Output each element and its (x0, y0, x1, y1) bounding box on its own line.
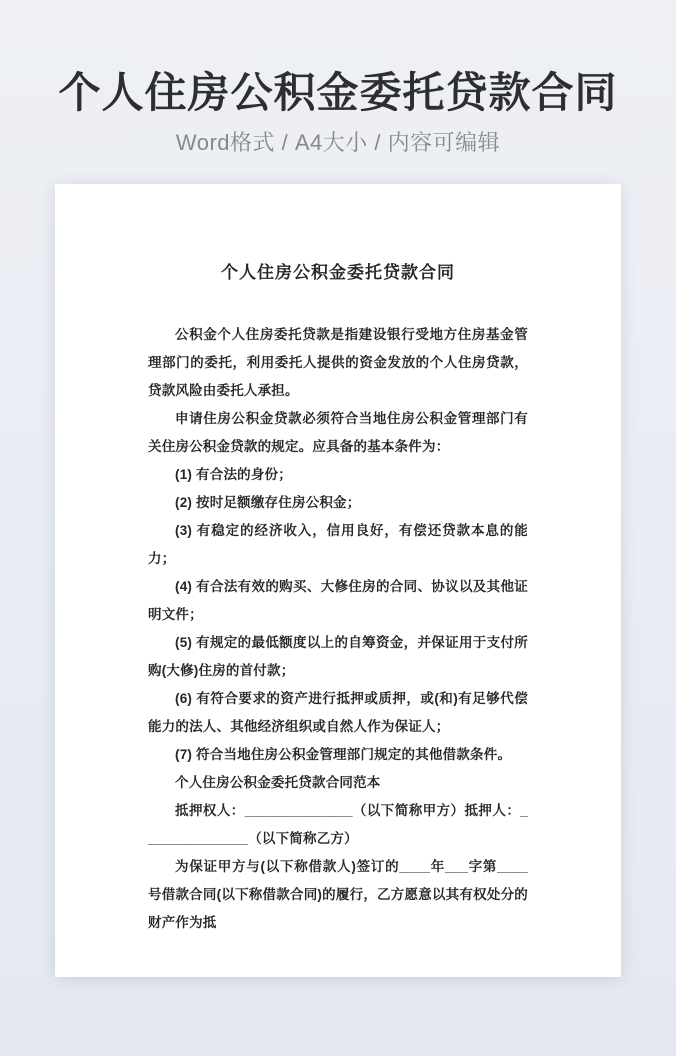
paragraph: 申请住房公积金贷款必须符合当地住房公积金管理部门有关住房公积金贷款的规定。应具备… (148, 405, 528, 461)
paragraph: 为保证甲方与(以下称借款人)签订的____年___字第____号借款合同(以下称… (148, 853, 528, 937)
paragraph: (3) 有稳定的经济收入，信用良好，有偿还贷款本息的能力； (148, 517, 528, 573)
header: 个人住房公积金委托贷款合同 Word格式 / A4大小 / 内容可编辑 (0, 0, 676, 157)
paragraph: (5) 有规定的最低额度以上的自筹资金，并保证用于支付所购(大修)住房的首付款； (148, 629, 528, 685)
paragraph: (6) 有符合要求的资产进行抵押或质押，或(和)有足够代偿能力的法人、其他经济组… (148, 685, 528, 741)
template-preview-page: 个人住房公积金委托贷款合同 Word格式 / A4大小 / 内容可编辑 个人住房… (0, 0, 676, 1056)
page-title: 个人住房公积金委托贷款合同 (0, 68, 676, 118)
document-title: 个人住房公积金委托贷款合同 (148, 259, 528, 287)
paragraph: (1) 有合法的身份； (148, 461, 528, 489)
document-body: 公积金个人住房委托贷款是指建设银行受地方住房基金管理部门的委托，利用委托人提供的… (148, 321, 528, 937)
paragraph: (7) 符合当地住房公积金管理部门规定的其他借款条件。 (148, 741, 528, 769)
paragraph: 公积金个人住房委托贷款是指建设银行受地方住房基金管理部门的委托，利用委托人提供的… (148, 321, 528, 405)
paragraph: 抵押权人：______________（以下简称甲方）抵押人：_________… (148, 797, 528, 853)
paragraph: 个人住房公积金委托贷款合同范本 (148, 769, 528, 797)
paragraph: (4) 有合法有效的购买、大修住房的合同、协议以及其他证明文件； (148, 573, 528, 629)
page-subtitle: Word格式 / A4大小 / 内容可编辑 (0, 129, 676, 157)
document-preview-card[interactable]: 个人住房公积金委托贷款合同 公积金个人住房委托贷款是指建设银行受地方住房基金管理… (55, 184, 621, 977)
paragraph: (2) 按时足额缴存住房公积金； (148, 489, 528, 517)
